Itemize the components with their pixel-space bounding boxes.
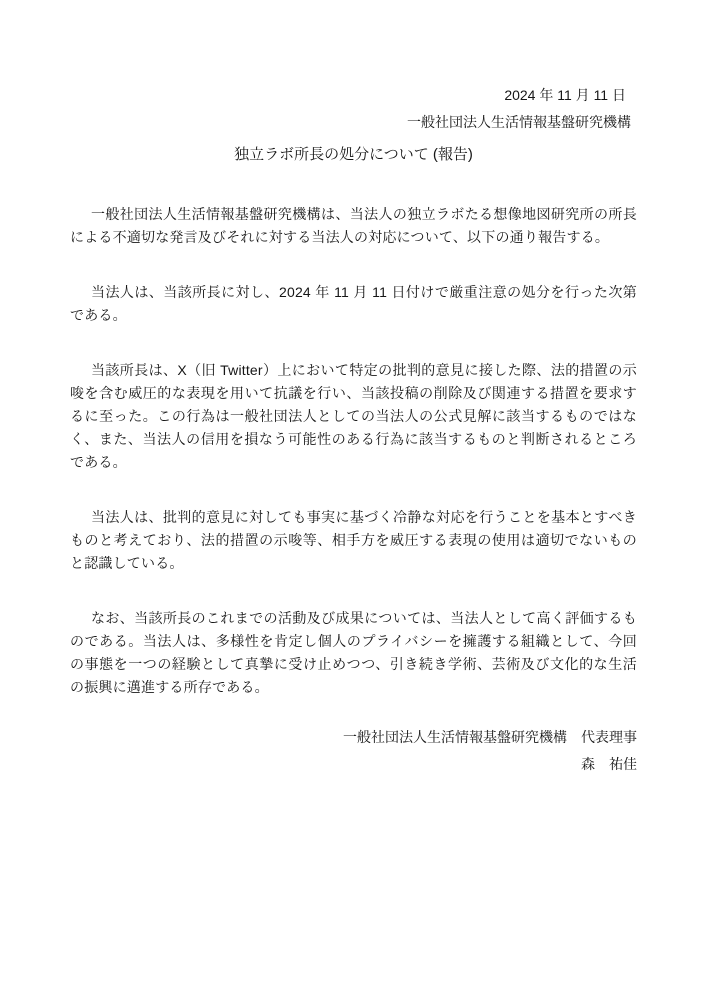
- document-date: 2024 年 11 月 11 日: [70, 84, 637, 107]
- body-paragraph-closing-remarks: なお、当該所長のこれまでの活動及び成果については、当法人として高く評価するもので…: [70, 607, 637, 699]
- body-paragraph-incident-description: 当該所長は、X（旧 Twitter）上において特定の批判的意見に接した際、法的措…: [70, 359, 637, 474]
- document-title: 独立ラボ所長の処分について (報告): [70, 143, 637, 166]
- body-paragraph-disciplinary-action: 当法人は、当該所長に対し、2024 年 11 月 11 日付けで厳重注意の処分を…: [70, 281, 637, 327]
- body-paragraph-organization-stance: 当法人は、批判的意見に対しても事実に基づく冷静な対応を行うことを基本とすべきもの…: [70, 506, 637, 575]
- body-paragraph-introduction: 一般社団法人生活情報基盤研究機構は、当法人の独立ラボたる想像地図研究所の所長によ…: [70, 203, 637, 249]
- signature-representative-name: 森 祐佳: [70, 753, 637, 776]
- document-page: 2024 年 11 月 11 日 一般社団法人生活情報基盤研究機構 独立ラボ所長…: [0, 0, 707, 1000]
- issuing-organization: 一般社団法人生活情報基盤研究機構: [70, 111, 637, 134]
- signature-organization-and-title: 一般社団法人生活情報基盤研究機構 代表理事: [70, 726, 637, 749]
